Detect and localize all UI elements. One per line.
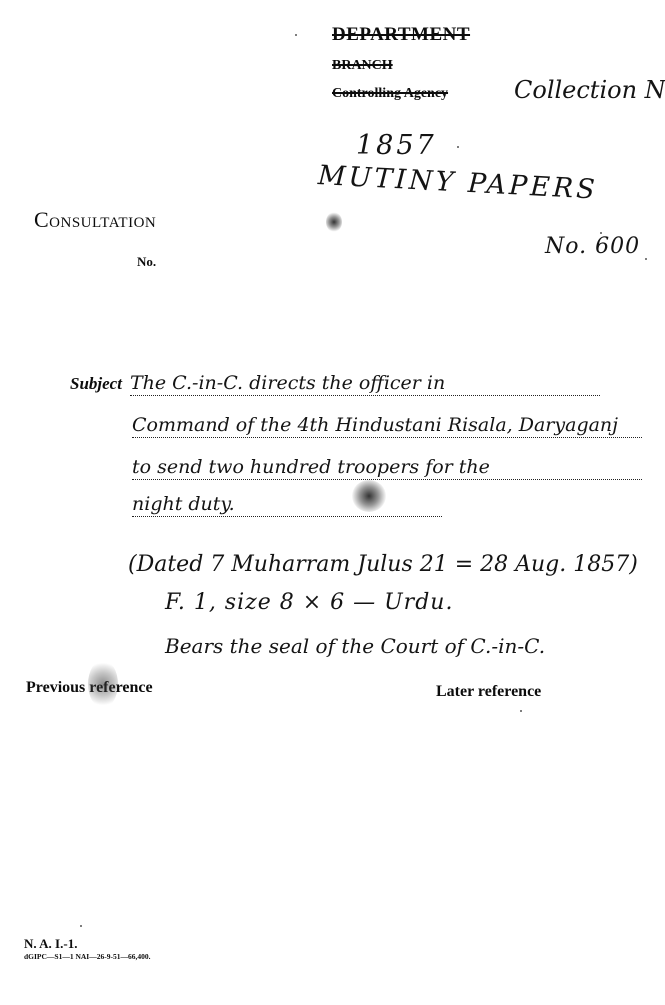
later-reference-label: Later reference xyxy=(436,683,541,701)
subject-line-1: Subject The C.-in-C. directs the officer… xyxy=(70,372,600,396)
scan-speck xyxy=(520,710,522,712)
department-label: DEPARTMENT xyxy=(332,24,470,46)
folio-size-language-note: F. 1, size 8 × 6 — Urdu. xyxy=(165,590,453,615)
subject-text-line: The C.-in-C. directs the officer in xyxy=(130,372,600,396)
ink-blot xyxy=(326,212,342,232)
controlling-agency-label: Controlling Agency xyxy=(332,86,448,102)
consultation-no-label: No. xyxy=(137,254,156,270)
seal-note: Bears the seal of the Court of C.-in-C. xyxy=(165,634,545,658)
subject-text-line: to send two hundred troopers for the xyxy=(132,456,642,480)
mutiny-papers-title: MUTINY PAPERS xyxy=(317,160,598,206)
branch-label: BRANCH xyxy=(332,58,393,74)
scan-speck xyxy=(645,258,647,260)
scan-speck xyxy=(457,146,459,148)
form-code: N. A. I.-1. xyxy=(24,936,77,952)
document-number: No. 600 xyxy=(545,234,640,259)
ink-smudge xyxy=(352,480,386,512)
year-handwritten: 1857 xyxy=(356,130,437,161)
collection-number-handwritten: Collection No. 60 xyxy=(514,76,665,104)
scan-speck xyxy=(600,232,602,234)
scan-speck xyxy=(80,925,82,927)
ink-smudge xyxy=(88,660,118,708)
print-line: dGIPC—S1—1 NAI—26-9-51—66,400. xyxy=(24,952,150,961)
subject-label: Subject xyxy=(70,374,122,393)
subject-text-line: night duty. xyxy=(132,493,442,517)
scan-speck xyxy=(295,34,297,36)
dated-note: (Dated 7 Muharram Julus 21 = 28 Aug. 185… xyxy=(128,552,638,577)
consultation-label: Consultation xyxy=(34,207,156,233)
subject-text-line: Command of the 4th Hindustani Risala, Da… xyxy=(132,414,642,438)
